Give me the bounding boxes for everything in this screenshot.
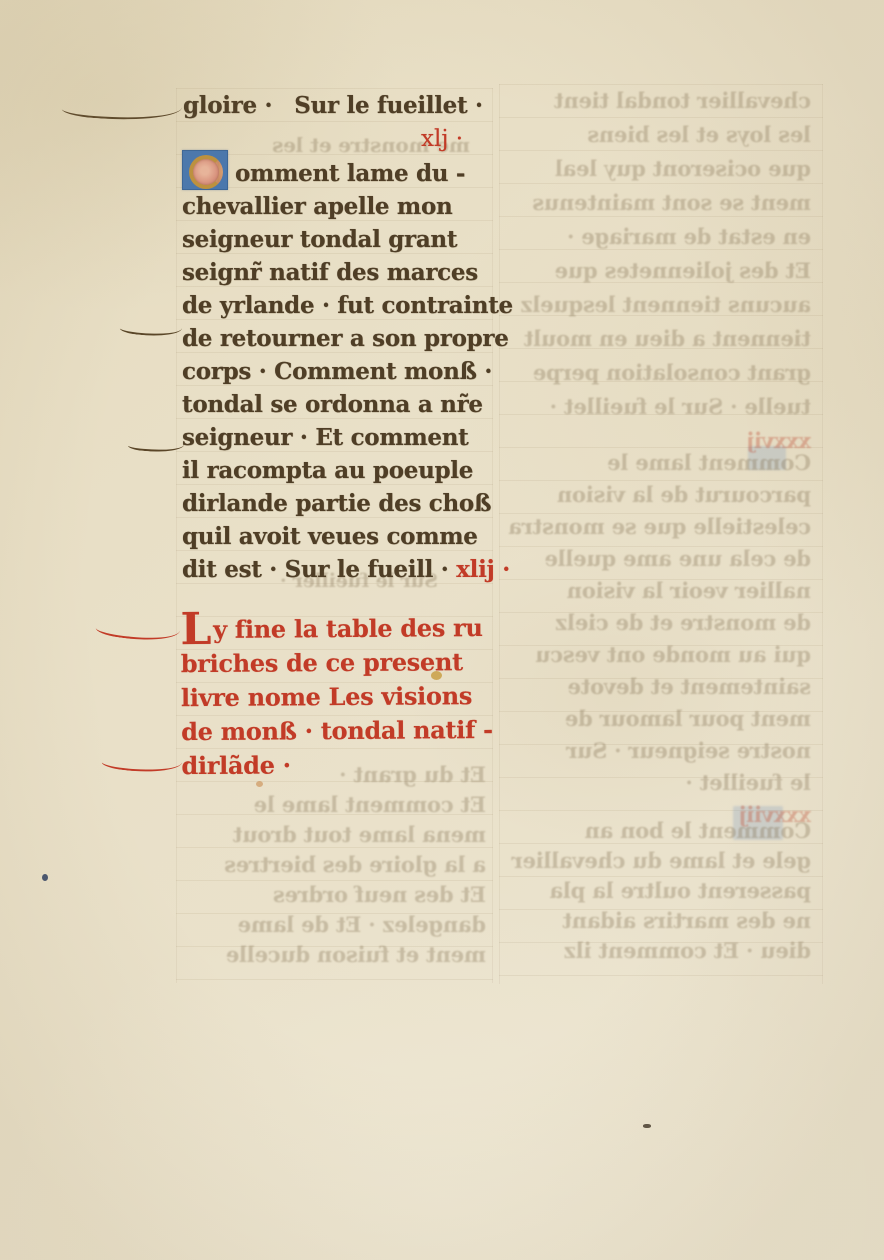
text-line: de retourner a son propre — [182, 322, 498, 355]
show-through-left-block: Et du grant ·Et comment lame lemena lame… — [186, 760, 486, 970]
text-line: nostre seigneur · Sur — [505, 735, 811, 767]
manuscript-page: me monstre et les chevallier tondal tien… — [0, 0, 884, 1260]
text-line: dirlãde · — [181, 747, 511, 783]
illuminated-initial-C — [182, 150, 228, 190]
text-line: chevallier apelle mon — [182, 190, 498, 223]
text-line: qui au monde ont vescu — [505, 639, 811, 671]
text-line: les loys et les biens — [505, 118, 811, 152]
paragraph-body-lines: chevallier apelle monseigneur tondal gra… — [182, 190, 498, 553]
initial-letter-glyph — [189, 155, 223, 189]
text-line: grant consolation perpe — [505, 356, 811, 390]
catchword: gloire · — [183, 92, 272, 119]
text-line: livre nome Les visions — [181, 679, 511, 715]
text-line: passerent oultre la pla — [505, 876, 811, 906]
text-line: ment se sont maintenus — [505, 186, 811, 220]
text-line: saintement et devote — [505, 671, 811, 703]
text-line: dangelez · Et de lame — [186, 910, 486, 940]
text-line: quil avoit veues comme — [182, 520, 498, 553]
show-through-right-block-a: chevallier tondal tientles loys et les b… — [505, 84, 811, 458]
rubric-lines: briches de ce presentlivre nome Les visi… — [181, 645, 512, 783]
text-line: Et des joliennetes que — [505, 254, 811, 288]
text-line: Et des neuf ordres — [186, 880, 486, 910]
pen-flourish-red — [101, 748, 183, 776]
text-line: tuelle · Sur le fueillet · — [505, 390, 811, 424]
header-line: gloire ·Sur le fueillet · — [183, 92, 483, 119]
text-line: corps · Comment monß · — [182, 355, 498, 388]
text-line: briches de ce present — [181, 645, 511, 681]
rubric-first-line: Ly fine la table des ru — [180, 611, 510, 647]
paragraph-last-line: dit est · Sur le fueill · xlij · — [182, 553, 498, 586]
text-line: Et comment lame le — [186, 790, 486, 820]
text-line: dieu · Et comment ilz — [505, 936, 811, 966]
dark-speck — [643, 1124, 651, 1128]
text-line: que ociseront quy leal — [505, 152, 811, 186]
text-line: Comment le bon an — [505, 816, 811, 846]
pen-flourish — [119, 317, 182, 339]
show-through-right-block-b: Comment lame leparcourut de la visioncel… — [505, 447, 811, 831]
text-line: tiennent a dieu en moult — [505, 322, 811, 356]
show-through-right-block-c: Comment le bon angele et lame du chevall… — [505, 816, 811, 966]
paragraph-first-line: omment lame du - — [182, 150, 498, 190]
text-line: le fueillet · — [505, 767, 811, 799]
text-line: de yrlande · fut contrainte — [182, 289, 498, 322]
text-line: de monstre et de cielz — [505, 607, 811, 639]
rubric-block: Ly fine la table des ru briches de ce pr… — [180, 611, 511, 783]
blue-ink-speck — [42, 874, 48, 881]
text-line: dit est · Sur le fueill · — [182, 556, 449, 583]
text-line: ne des martirs aidant — [505, 906, 811, 936]
header-phrase: Sur le fueillet · — [294, 92, 482, 119]
text-line: en estat de mariage · — [505, 220, 811, 254]
text-line: omment lame du - — [235, 160, 465, 187]
text-line: ment et fuison ducelle — [186, 940, 486, 970]
text-line: celestielle que se monstra — [505, 511, 811, 543]
text-line: seigneur · Et comment — [182, 421, 498, 454]
text-line: de cela une ame quelle — [505, 543, 811, 575]
text-line: il racompta au poeuple — [182, 454, 498, 487]
text-line: Comment lame le — [505, 447, 811, 479]
text-line: a la gloire des biertres — [186, 850, 486, 880]
text-line: seignr̃ natif des marces — [182, 256, 498, 289]
text-line: chevallier tondal tient — [505, 84, 811, 118]
pen-flourish-red — [95, 612, 181, 645]
orange-fleck — [256, 781, 263, 787]
gold-fleck — [431, 671, 442, 680]
text-line: parcourut de la vision — [505, 479, 811, 511]
main-text-block: omment lame du - chevallier apelle monse… — [182, 150, 498, 586]
pen-flourish — [61, 92, 182, 124]
text-line: mena lame tout drout — [186, 820, 486, 850]
text-line: tondal se ordonna a nr̃e — [182, 388, 498, 421]
text-line: gele et lame du chevallier — [505, 846, 811, 876]
folio-number-top: xlj · — [421, 126, 463, 152]
text-line: seigneur tondal grant — [182, 223, 498, 256]
text-line: aucuns tiennent lesquelz — [505, 288, 811, 322]
text-line: nallier veoir la vision — [505, 575, 811, 607]
text-line: dirlande partie des choß — [182, 487, 498, 520]
text-line: de monß · tondal natif - — [181, 713, 511, 749]
text-line: ment pour lamour de — [505, 703, 811, 735]
text-line: y fine la table des ru — [213, 613, 483, 644]
folio-number-bottom: xlij · — [456, 556, 510, 583]
